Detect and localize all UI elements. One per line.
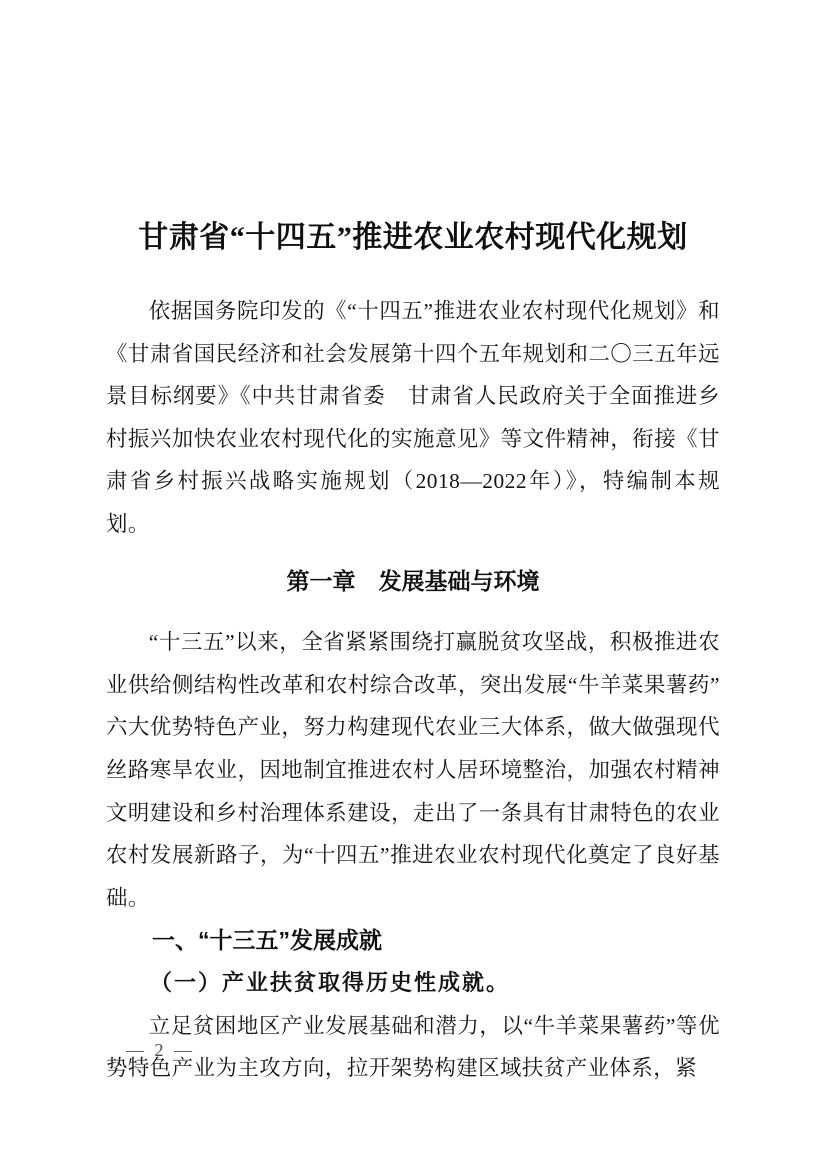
page-number: — 2 — <box>126 1040 195 1060</box>
subsection-1-heading: （一）产业扶贫取得历史性成就。 <box>106 962 720 1005</box>
section-1-heading: 一、“十三五”发展成就 <box>106 919 720 962</box>
document-page: 甘肃省“十四五”推进农业农村现代化规划 依据国务院印发的《“十四五”推进农业农村… <box>0 0 826 1169</box>
chapter-1-intro-paragraph: “十三五”以来，全省紧紧围绕打赢脱贫攻坚战，积极推进农业供给侧结构性改革和农村综… <box>106 621 720 919</box>
subsection-1-paragraph: 立足贫困地区产业发展基础和潜力，以“牛羊菜果薯药”等优势特色产业为主攻方向，拉开… <box>106 1005 720 1090</box>
page-content-column: 甘肃省“十四五”推进农业农村现代化规划 依据国务院印发的《“十四五”推进农业农村… <box>106 0 720 1090</box>
intro-paragraph: 依据国务院印发的《“十四五”推进农业农村现代化规划》和《甘肃省国民经济和社会发展… <box>106 290 720 546</box>
document-title: 甘肃省“十四五”推进农业农村现代化规划 <box>106 219 720 257</box>
chapter-1-heading: 第一章 发展基础与环境 <box>106 560 720 603</box>
